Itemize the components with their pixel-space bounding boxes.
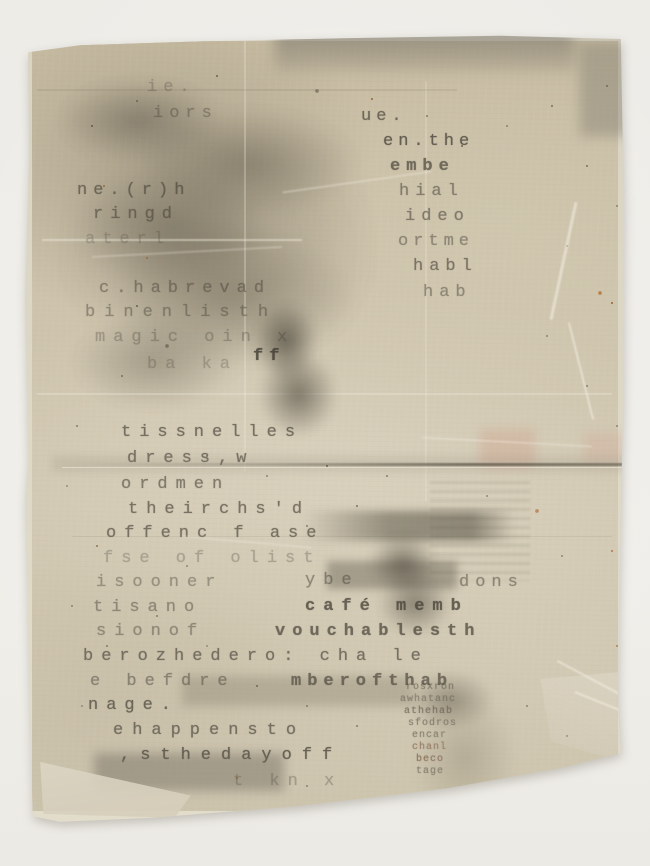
paper-stained-field: ie.iorsue.en.theembene.(r)hhialringdideo… bbox=[32, 41, 618, 811]
artwork-photo: ie.iorsue.en.theembene.(r)hhialringdideo… bbox=[0, 0, 650, 866]
paper-sheet: ie.iorsue.en.theembene.(r)hhialringdideo… bbox=[25, 35, 625, 825]
speckle-layer bbox=[32, 41, 618, 811]
gray-smudge-top-edge bbox=[275, 29, 575, 71]
paper-shadow: ie.iorsue.en.theembene.(r)hhialringdideo… bbox=[0, 0, 650, 866]
